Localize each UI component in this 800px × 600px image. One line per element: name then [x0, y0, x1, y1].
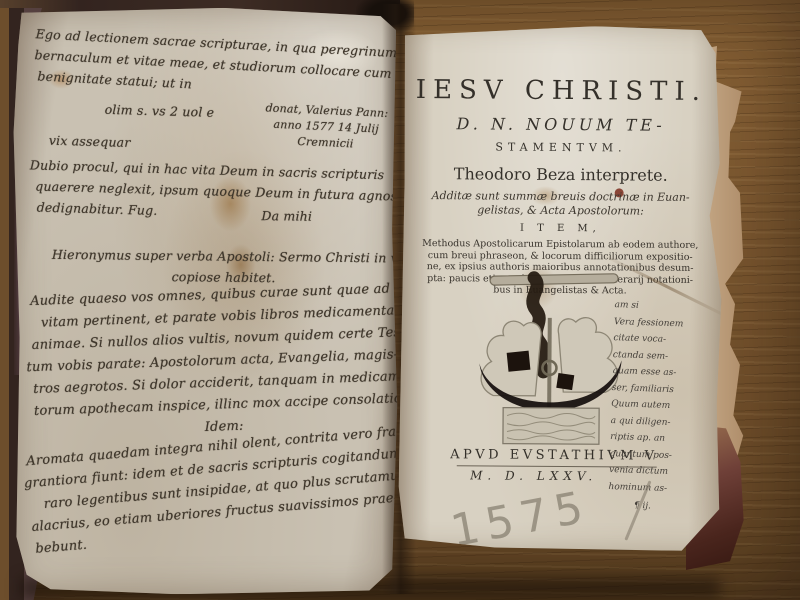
title-page: IESV CHRISTI. D. N. NOUUM TE- STAMENTVM.…	[398, 25, 724, 551]
text-line: ¶ ij.	[634, 498, 709, 517]
translator-line: Theodoro Beza interprete.	[413, 164, 709, 185]
subtitle-line-2: gelistas, & Acta Apostolorum:	[412, 203, 708, 218]
handwritten-fragment: olim s. vs 2 uol e	[104, 99, 214, 123]
subtitle-line-1: Additæ sunt summæ breuis doctrinæ in Eua…	[413, 189, 709, 204]
title-line-2: D. N. NOUUM TE-	[413, 114, 709, 135]
text-line: Hieronymus super verba Apostoli: Sermo C…	[52, 244, 425, 269]
handwritten-dedication-note: Ego ad lectionem sacrae scripturae, in q…	[33, 23, 442, 107]
title-text-column: IESV CHRISTI. D. N. NOUUM TE- STAMENTVM.…	[412, 49, 710, 298]
handwritten-fragment: Da mihi	[261, 205, 312, 227]
left-flyleaf-page: Ego ad lectionem sacrae scripturae, in q…	[12, 7, 400, 596]
photo-open-antique-book: Ego ad lectionem sacrae scripturae, in q…	[0, 0, 800, 600]
title-line-3: STAMENTVM.	[413, 140, 709, 155]
title-line-main: IESV CHRISTI.	[413, 75, 709, 107]
pencil-inscription-1575: 1575	[447, 481, 594, 557]
handwritten-ownership-date-note: donat, Valerius Pann:anno 1577 14 JulijC…	[264, 100, 389, 154]
handwritten-fragment: vix assequar	[49, 130, 131, 153]
handwritten-quote-augustine: Dubio procul, qui in hac vita Deum in sa…	[28, 154, 426, 228]
text-line: hominum as-	[608, 479, 708, 499]
show-through-printed-fragments: am siVera fessionemcitate voca-ctanda se…	[608, 297, 715, 517]
item-heading: I T E M,	[412, 222, 708, 235]
